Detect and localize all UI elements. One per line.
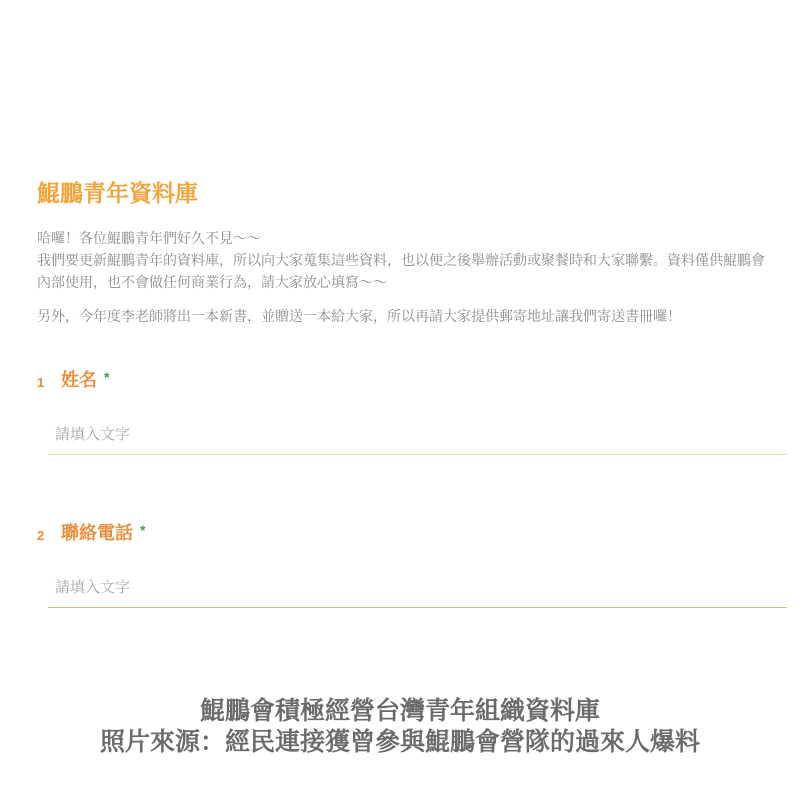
field-phone: 2 聯絡電話 * [37,522,787,608]
phone-input[interactable] [48,579,787,608]
survey-page: 鯤鵬青年資料庫 哈囉！各位鯤鵬青年們好久不見～～ 我們要更新鯤鵬青年的資料庫，所… [0,0,800,758]
form-intro-paragraph-2: 另外，今年度李老師將出一本新書，並贈送一本給大家，所以再請大家提供郵寄地址讓我們… [37,305,787,327]
form-container: 鯤鵬青年資料庫 哈囉！各位鯤鵬青年們好久不見～～ 我們要更新鯤鵬青年的資料庫，所… [0,0,800,608]
name-input[interactable] [48,426,787,455]
photo-caption: 鯤鵬會積極經營台灣青年組織資料庫 照片來源：經民連接獲曾參與鯤鵬會營隊的過來人爆… [0,696,800,758]
form-intro-paragraph: 哈囉！各位鯤鵬青年們好久不見～～ 我們要更新鯤鵬青年的資料庫，所以向大家蒐集這些… [37,227,787,293]
field-phone-header: 2 聯絡電話 * [37,522,787,547]
question-number: 2 [37,522,61,547]
caption-line-1: 鯤鵬會積極經營台灣青年組織資料庫 [0,696,800,727]
field-name: 1 姓名 * [37,369,787,455]
question-number: 1 [37,369,61,394]
required-asterisk: * [104,366,109,388]
question-label: 姓名 [61,369,97,391]
form-title: 鯤鵬青年資料庫 [37,0,787,207]
required-asterisk: * [140,519,145,541]
caption-line-2: 照片來源：經民連接獲曾參與鯤鵬會營隊的過來人爆料 [0,727,800,758]
question-label: 聯絡電話 [61,522,133,544]
field-name-header: 1 姓名 * [37,369,787,394]
